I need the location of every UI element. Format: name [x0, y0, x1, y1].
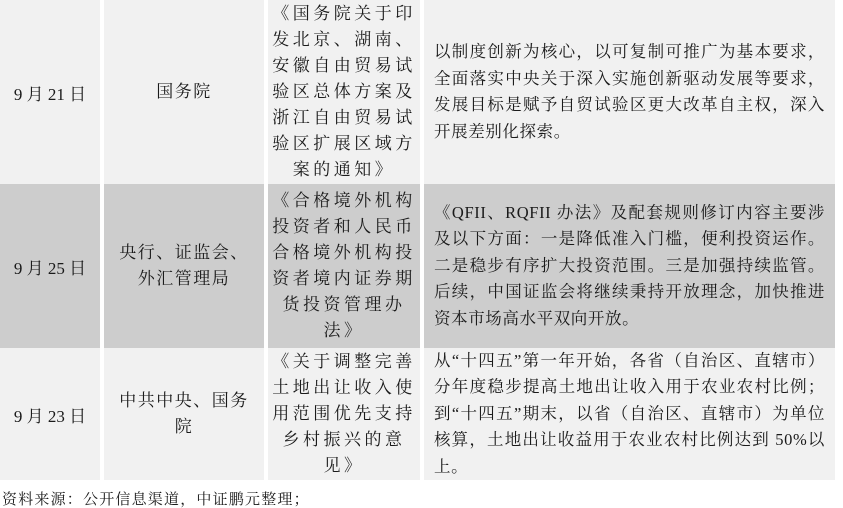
policy-content-text: 以制度创新为核心，以可复制可推广为基本要求，全面落实中央关于深入实施创新驱动发展… — [434, 39, 825, 145]
issuer-cell: 中共中央、国务 院 — [104, 348, 264, 480]
issuer-cell: 央行、证监会、 外汇管理局 — [104, 184, 264, 348]
document-title-cell: 《合格境外机构 投资者和人民币 合格境外机构投 资者境内证券期 货投资管理办 法… — [268, 184, 420, 348]
table-row: 9 月 23 日 中共中央、国务 院 《关于调整完善 土地出让收入使 用范围优先… — [0, 348, 835, 480]
source-note: 资料来源：公开信息渠道，中证鹏元整理； — [0, 480, 843, 508]
table-row: 9 月 21 日 国务院 《国务院关于印 发北京、湖南、 安徽自由贸易试 验区总… — [0, 0, 835, 184]
document-title-cell: 《关于调整完善 土地出让收入使 用范围优先支持 乡村振兴的意 见》 — [268, 348, 420, 480]
document-title-cell: 《国务院关于印 发北京、湖南、 安徽自由贸易试 验区总体方案及 浙江自由贸易试 … — [268, 0, 420, 184]
date-cell: 9 月 21 日 — [0, 0, 100, 184]
policy-table: 9 月 21 日 国务院 《国务院关于印 发北京、湖南、 安徽自由贸易试 验区总… — [0, 0, 835, 480]
date-cell: 9 月 23 日 — [0, 348, 100, 480]
table-row: 9 月 25 日 央行、证监会、 外汇管理局 《合格境外机构 投资者和人民币 合… — [0, 184, 835, 348]
issuer-cell: 国务院 — [104, 0, 264, 184]
policy-content-text: 《QFII、RQFII 办法》及配套规则修订内容主要涉及以下方面：一是降低准入门… — [434, 200, 825, 333]
policy-content-cell: 《QFII、RQFII 办法》及配套规则修订内容主要涉及以下方面：一是降低准入门… — [424, 184, 835, 348]
policy-content-cell: 从“十四五”第一年开始，各省（自治区、直辖市）分年度稳步提高土地出让收入用于农业… — [424, 348, 835, 480]
policy-content-text: 从“十四五”第一年开始，各省（自治区、直辖市）分年度稳步提高土地出让收入用于农业… — [434, 348, 825, 480]
date-cell: 9 月 25 日 — [0, 184, 100, 348]
policy-content-cell: 以制度创新为核心，以可复制可推广为基本要求，全面落实中央关于深入实施创新驱动发展… — [424, 0, 835, 184]
